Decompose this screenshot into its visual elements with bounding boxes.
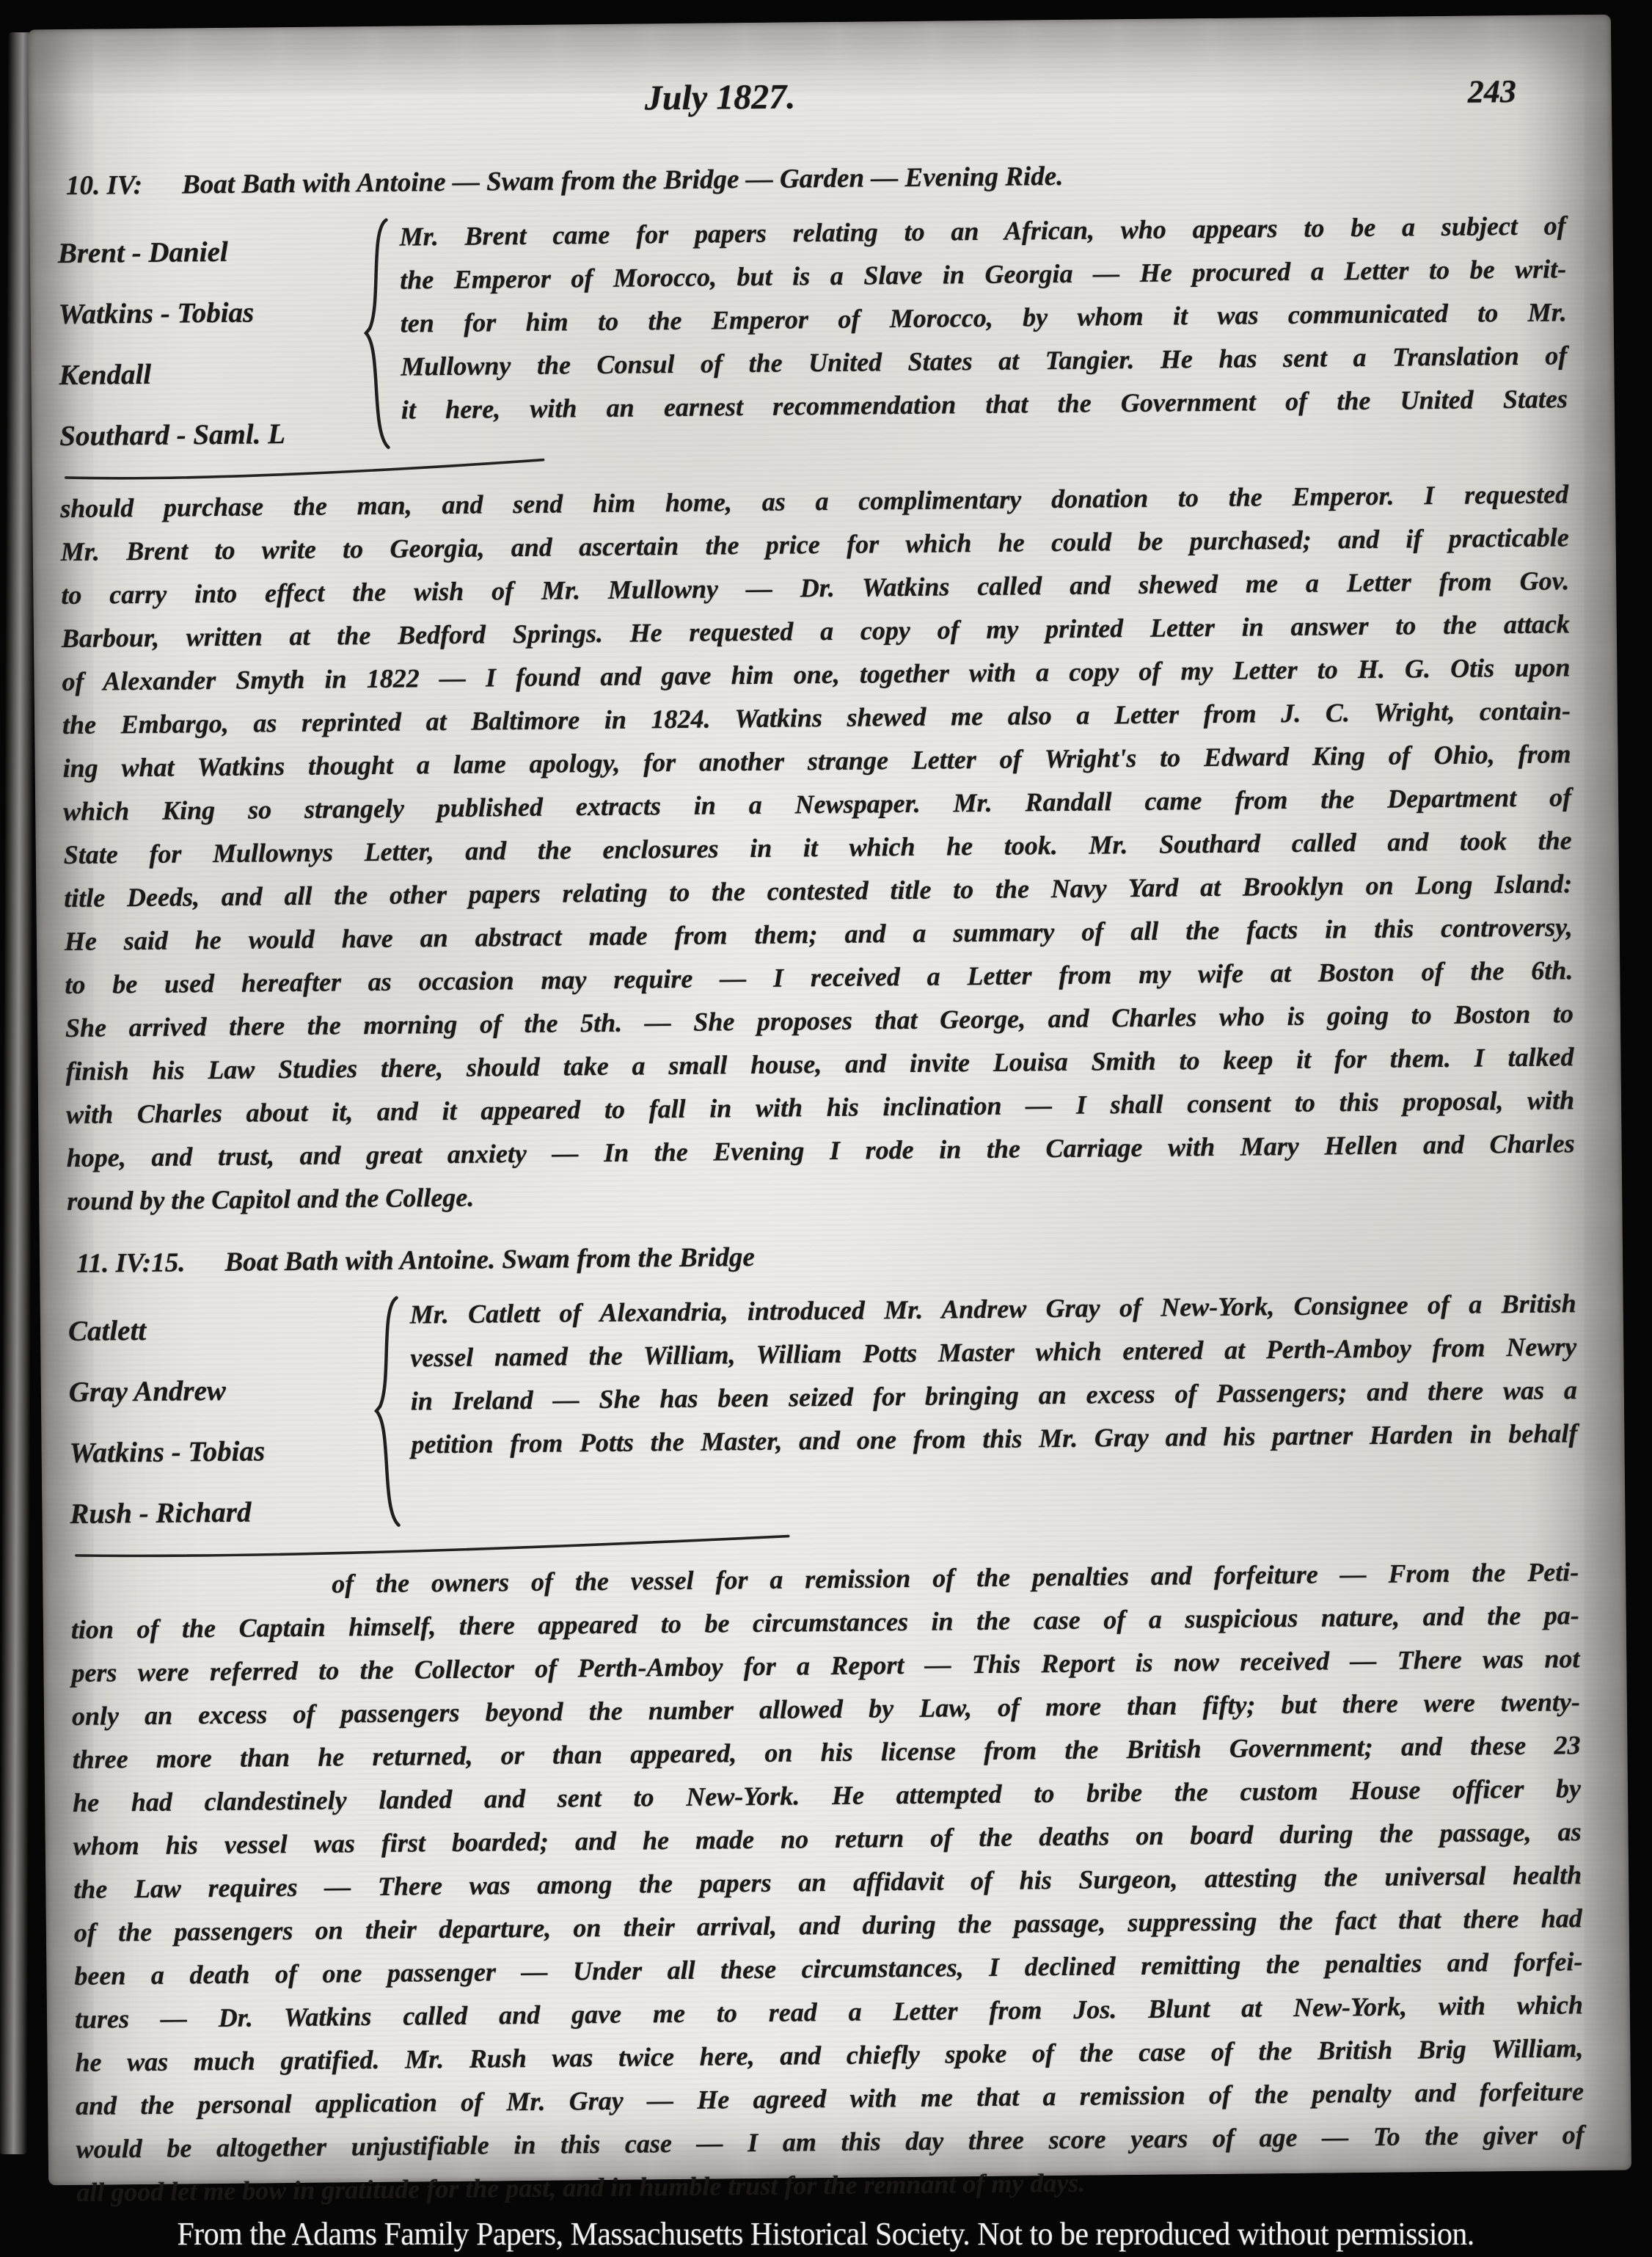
header-date: July 1827. bbox=[645, 76, 796, 118]
entry-body: of the owners of the vessel for a remiss… bbox=[70, 1550, 1585, 2214]
manuscript-page: July 1827. 243 10. IV: Boat Bath with An… bbox=[28, 15, 1631, 2186]
margin-name: Southard - Saml. L bbox=[59, 403, 354, 467]
dateline-summary: Boat Bath with Antoine — Swam from the B… bbox=[182, 155, 1064, 208]
margin-name: Brent - Daniel bbox=[57, 220, 351, 284]
margin-name: Rush - Richard bbox=[70, 1481, 364, 1545]
page-header: July 1827. 243 bbox=[56, 69, 1565, 154]
margin-names-block: Brent - Daniel Watkins - Tobias Kendall … bbox=[57, 213, 353, 467]
manuscript-content: July 1827. 243 10. IV: Boat Bath with An… bbox=[28, 15, 1631, 2186]
margin-name: Watkins - Tobias bbox=[58, 281, 352, 345]
footer-caption: From the Adams Family Papers, Massachuse… bbox=[178, 2215, 1474, 2253]
entry-body: should purchase the man, and send him ho… bbox=[60, 473, 1576, 1223]
entry-dateline: 10. IV: Boat Bath with Antoine — Swam fr… bbox=[66, 150, 1565, 208]
margin-name: Catlett bbox=[68, 1298, 362, 1362]
margin-brace-icon bbox=[351, 213, 401, 451]
entry-opening-lines: Mr. Brent came for papers relating to an… bbox=[399, 201, 1568, 431]
margin-name: Watkins - Tobias bbox=[69, 1420, 363, 1484]
entry-opening-lines: Mr. Catlett of Alexandria, introduced Mr… bbox=[409, 1279, 1577, 1466]
margin-brace-icon bbox=[361, 1291, 412, 1529]
entry-rubric-row: Catlett Gray Andrew Watkins - Tobias Rus… bbox=[67, 1279, 1578, 1545]
dateline-day-time: 11. IV:15. bbox=[76, 1241, 186, 1286]
margin-names-block: Catlett Gray Andrew Watkins - Tobias Rus… bbox=[67, 1291, 363, 1545]
margin-name: Kendall bbox=[59, 342, 353, 406]
margin-name: Gray Andrew bbox=[68, 1359, 362, 1423]
entry-dateline: 11. IV:15. Boat Bath with Antoine. Swam … bbox=[76, 1228, 1576, 1286]
scanned-document: July 1827. 243 10. IV: Boat Bath with An… bbox=[0, 0, 1652, 2257]
dateline-day-time: 10. IV: bbox=[66, 164, 143, 208]
diary-entry-july-11: 11. IV:15. Boat Bath with Antoine. Swam … bbox=[67, 1228, 1585, 2214]
page-number: 243 bbox=[1468, 73, 1516, 111]
entry-rubric-row: Brent - Daniel Watkins - Tobias Kendall … bbox=[57, 201, 1568, 467]
diary-entry-july-10: 10. IV: Boat Bath with Antoine — Swam fr… bbox=[57, 150, 1576, 1223]
caption-bar: From the Adams Family Papers, Massachuse… bbox=[0, 2215, 1652, 2253]
dateline-summary: Boat Bath with Antoine. Swam from the Br… bbox=[224, 1236, 755, 1285]
